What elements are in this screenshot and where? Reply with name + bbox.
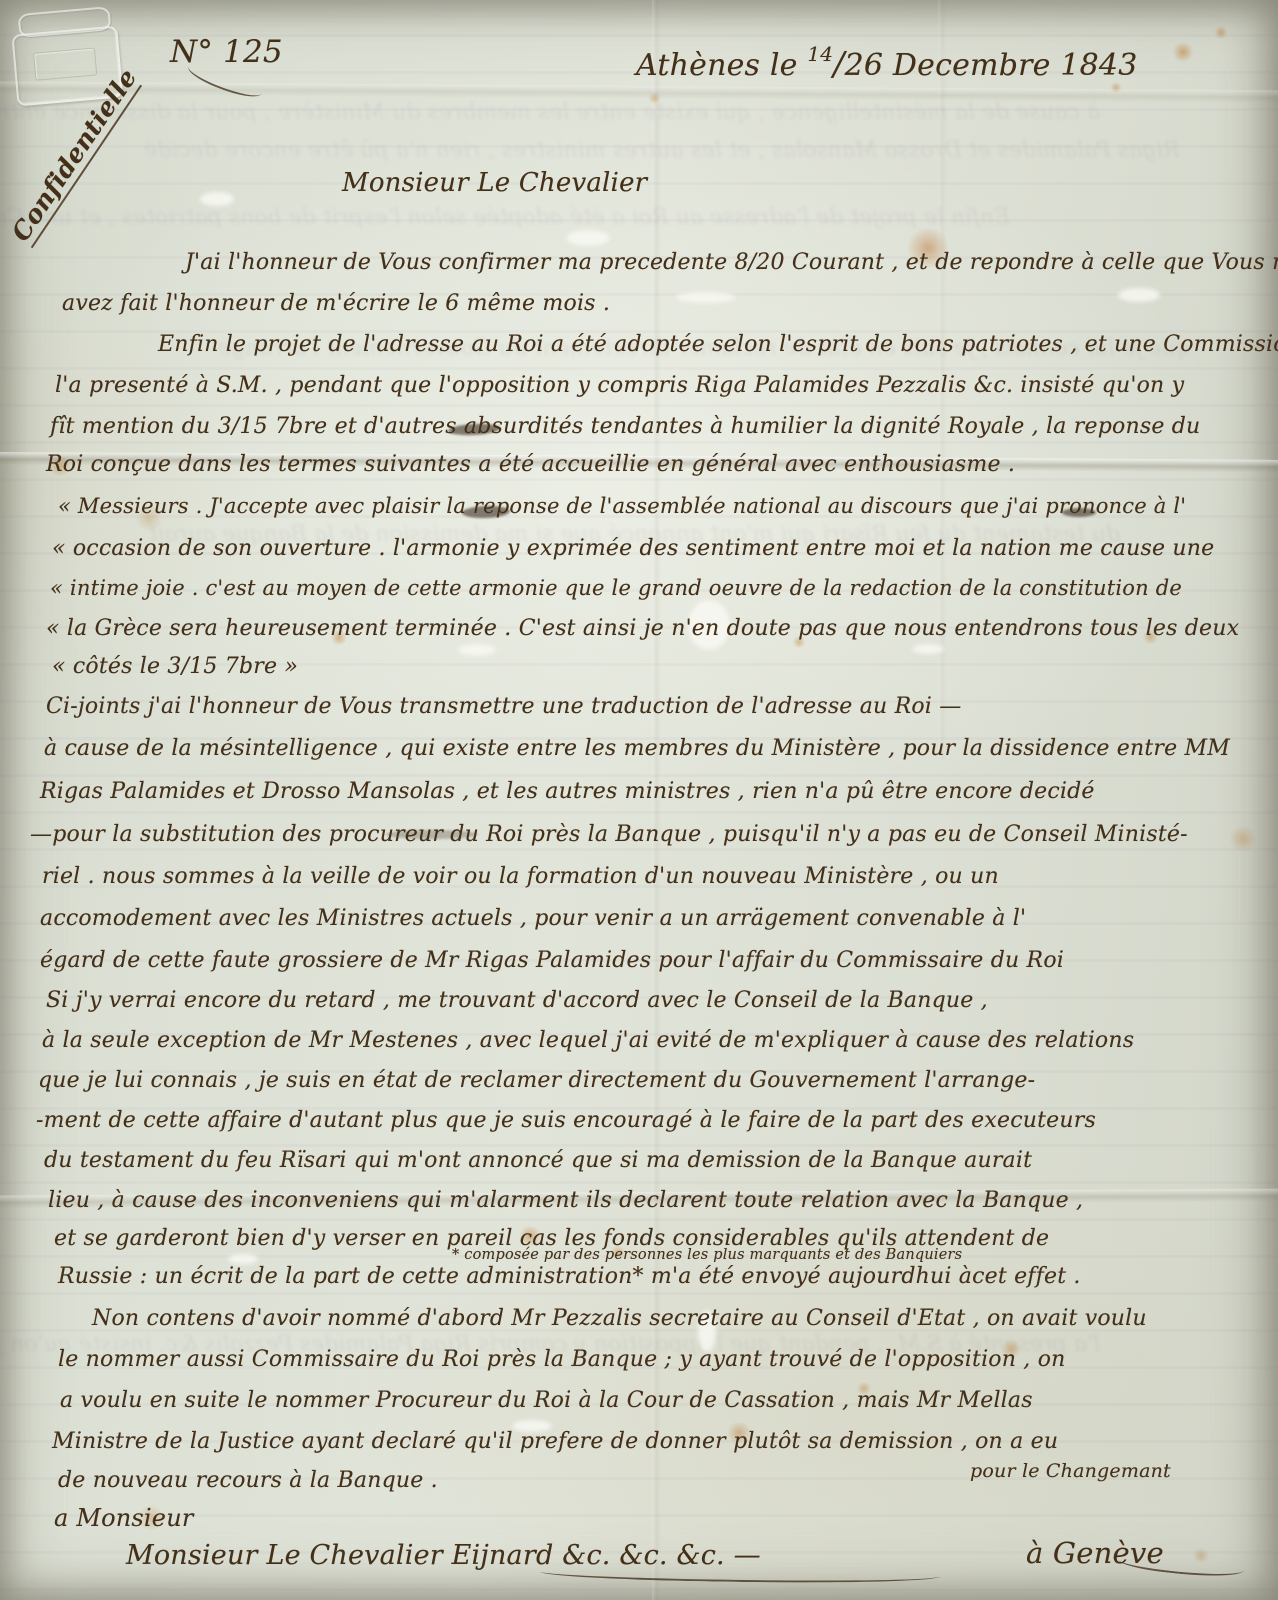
paper-scuff — [458, 644, 496, 656]
paper-scuff — [200, 192, 234, 206]
letter-line: Non contens d'avoir nommé d'abord Mr Pez… — [92, 1306, 1147, 1331]
recipient-city: à Genève — [1026, 1536, 1164, 1570]
paper-scuff — [912, 644, 944, 654]
paper-scuff — [566, 230, 610, 246]
dateline: Athènes le 14/26 Decembre 1843 — [636, 42, 1137, 83]
letter-line: -ment de cette affaire d'autant plus que… — [36, 1108, 1096, 1133]
paper-scuff — [1118, 288, 1160, 302]
dateline-month-year: Decembre 1843 — [893, 48, 1138, 83]
letter-line: Ministre de la Justice ayant declaré qu'… — [52, 1429, 1058, 1454]
letter-line: « la Grèce sera heureusement terminée . … — [46, 616, 1239, 641]
letter-line: a voulu en suite le nommer Procureur du … — [60, 1388, 1033, 1413]
letter-line: Si j'y verrai encore du retard , me trou… — [46, 988, 988, 1013]
letter-line: accomodement avec les Ministres actuels … — [40, 906, 1026, 931]
letter-line: de nouveau recours à la Banque . — [58, 1468, 438, 1493]
dateline-slash: / — [833, 44, 844, 83]
fold-crease-top — [0, 81, 1278, 103]
letter-line: à cause de la mésintelligence , qui exis… — [44, 736, 1230, 761]
letter-line: égard de cette faute grossiere de Mr Rig… — [40, 948, 1064, 973]
letter-line: « intime joie . c'est au moyen de cette … — [50, 576, 1182, 600]
letter-line: avez fait l'honneur de m'écrire le 6 mêm… — [62, 291, 610, 316]
letter-line: que je lui connais , je suis en état de … — [38, 1068, 1035, 1093]
ghost-line: Enfin le projet de l'adresse au Roi a ét… — [230, 205, 1010, 230]
letter-line: du testament du feu Rïsari qui m'ont ann… — [44, 1148, 1032, 1173]
letter-line: à la seule exception de Mr Mestenes , av… — [42, 1028, 1134, 1053]
letter-line: J'ai l'honneur de Vous confirmer ma prec… — [185, 250, 1278, 275]
salutation: Monsieur Le Chevalier — [342, 168, 647, 198]
letter-line: riel . nous sommes à la veille de voir o… — [42, 864, 999, 889]
letter-line: « occasion de son ouverture . l'armonie … — [52, 536, 1214, 561]
stain — [1110, 82, 1122, 93]
letter-page: à cause de la mésintelligence , qui exis… — [0, 0, 1278, 1600]
letter-line: « Messieurs . J'accepte avec plaisir la … — [58, 494, 1186, 518]
letter-line: l'a presenté à S.M. , pendant que l'oppo… — [55, 373, 1184, 398]
letter-line: « côtés le 3/15 7bre » — [52, 654, 298, 679]
dateline-day-julian: 14 — [807, 42, 833, 66]
stain — [1192, 1548, 1210, 1563]
stain — [1228, 826, 1258, 852]
letter-line: Russie : un écrit de la part de cette ad… — [58, 1264, 1081, 1289]
letter-line: lieu , à cause des inconveniens qui m'al… — [48, 1188, 1083, 1213]
letter-line: Ci-joints j'ai l'honneur de Vous transme… — [46, 694, 961, 719]
dateline-day-gregorian: 26 — [845, 48, 884, 83]
paper-scuff — [676, 292, 736, 303]
dateline-place: Athènes le — [636, 48, 798, 83]
stain — [1214, 26, 1228, 39]
closing-intro: a Monsieur — [54, 1504, 194, 1532]
recipient-address: Monsieur Le Chevalier Eijnard &c. &c. &c… — [126, 1540, 761, 1571]
interline-insertion-note: * composée par des personnes les plus ma… — [452, 1247, 962, 1263]
letter-line: fît mention du 3/15 7bre et d'autres abs… — [50, 414, 1200, 439]
ghost-line: à cause de la mésintelligence , qui exis… — [150, 100, 1100, 125]
letter-line: Rigas Palamides et Drosso Mansolas , et … — [40, 779, 1095, 804]
letter-line: Enfin le projet de l'adresse au Roi a ét… — [158, 332, 1278, 357]
stain — [648, 92, 661, 104]
side-note-changement: pour le Changemant — [970, 1460, 1171, 1482]
stain — [1172, 42, 1194, 62]
seal-cartouche — [33, 48, 97, 81]
letter-line: —pour la substitution des procureur du R… — [30, 822, 1188, 847]
paper-scuff — [228, 1254, 258, 1264]
letter-line: le nommer aussi Commissaire du Roi près … — [58, 1347, 1066, 1372]
letter-line: Roi conçue dans les termes suivantes a é… — [46, 452, 1015, 477]
document-number: N° 125 — [170, 34, 283, 70]
ghost-line: Rigas Palamides et Drosso Mansolas , et … — [60, 138, 1180, 163]
